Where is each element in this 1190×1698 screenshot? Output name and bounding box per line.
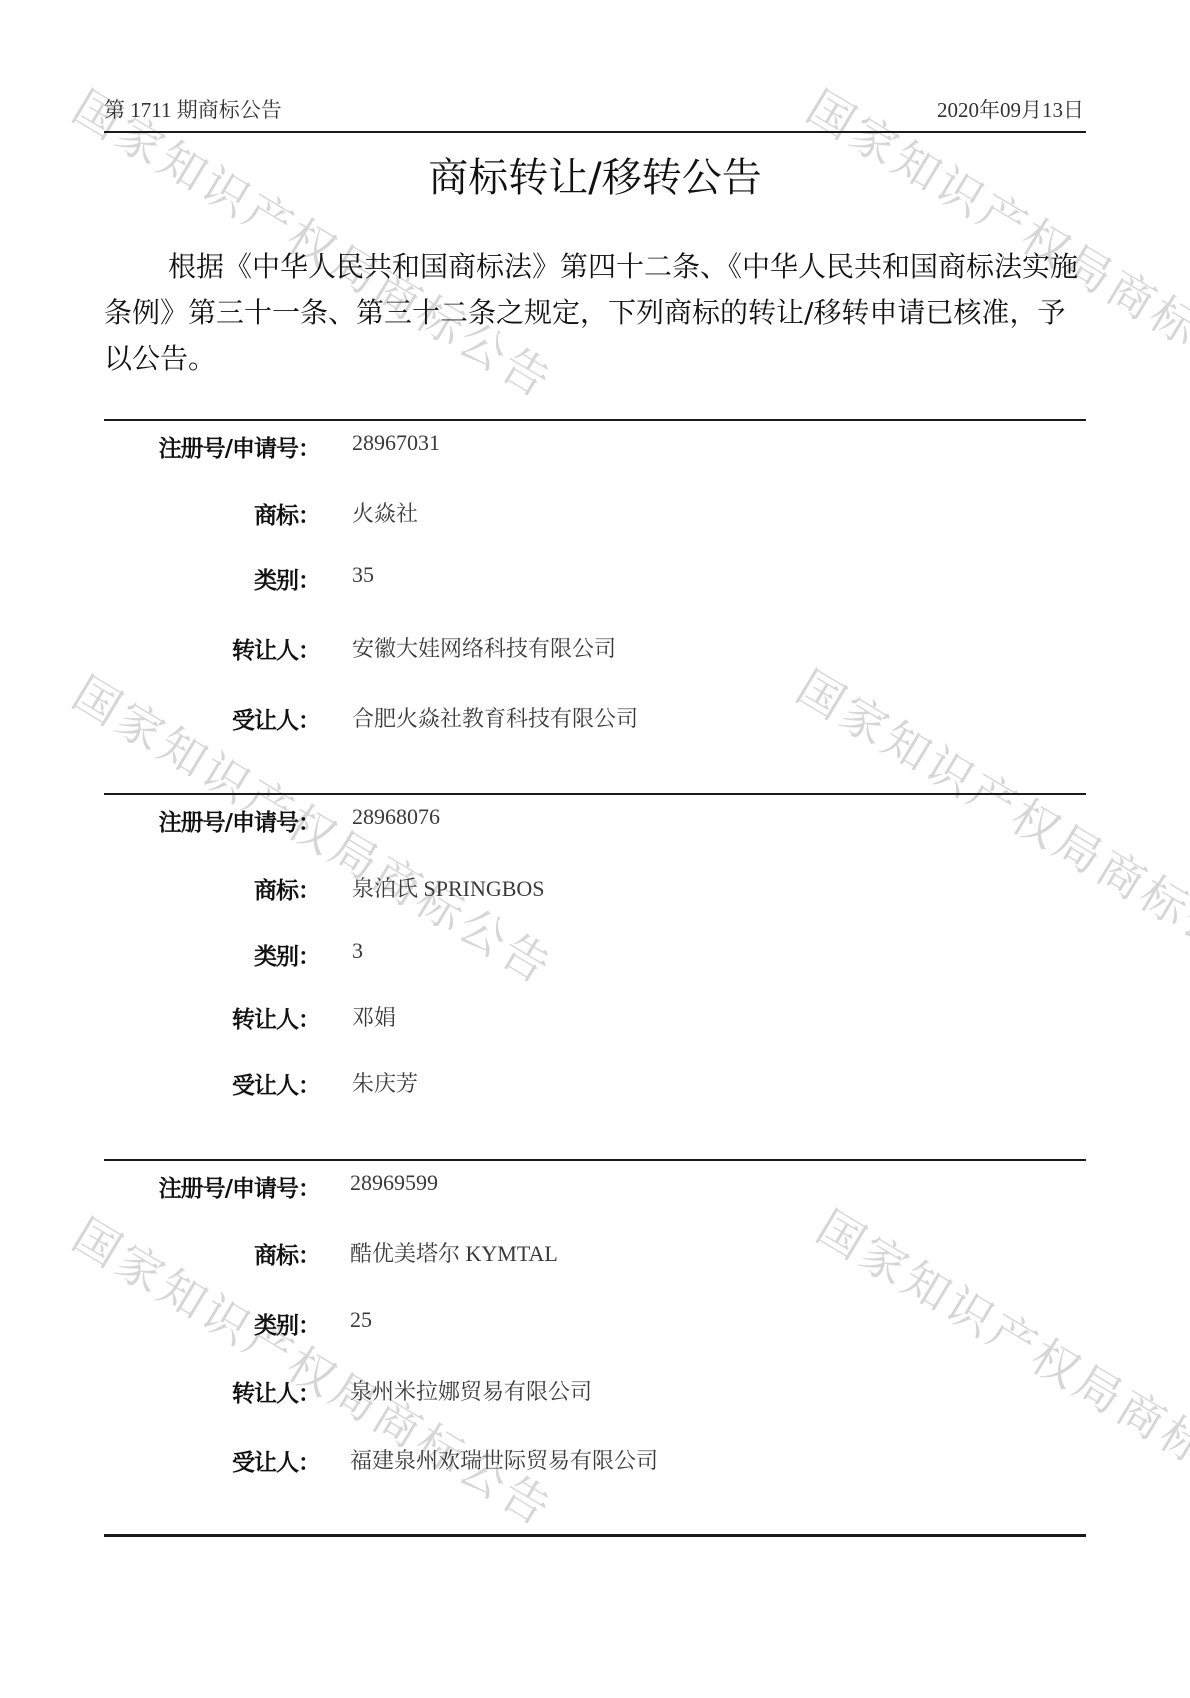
trademark-label: 商标： [254,497,320,530]
trademark-value: 火焱社 [352,497,418,528]
field-trademark: 商标： 泉泊氏 SPRINGBOS [0,872,1190,908]
trademark-label: 商标： [254,1237,320,1270]
transferee-label: 受让人： [232,1067,320,1100]
class-label: 类别： [254,938,320,971]
class-label: 类别： [254,562,320,595]
transferee-value: 合肥火焱社教育科技有限公司 [352,702,638,733]
field-reg-no: 注册号/申请号： 28967031 [0,430,1190,466]
reg-no-value: 28968076 [352,804,440,830]
field-transferee: 受让人： 朱庆芳 [0,1067,1190,1103]
transferee-label: 受让人： [232,1444,320,1477]
class-value: 35 [352,562,374,588]
issue-number: 第 1711 期商标公告 [104,94,282,124]
transferor-value: 安徽大娃网络科技有限公司 [352,632,616,663]
closing-divider [104,1534,1086,1537]
trademark-value: 酷优美塔尔 KYMTAL [350,1237,558,1268]
reg-no-label: 注册号/申请号： [159,1170,320,1203]
issue-date: 2020年09月13日 [937,94,1084,124]
class-label: 类别： [254,1307,320,1340]
record-divider [104,1159,1086,1161]
intro-paragraph: 根据《中华人民共和国商标法》第四十二条、《中华人民共和国商标法实施条例》第三十一… [104,244,1086,382]
transferee-label: 受让人： [232,702,320,735]
record-divider [104,793,1086,795]
reg-no-label: 注册号/申请号： [159,430,320,463]
transferor-value: 邓娟 [352,1001,396,1032]
transferor-label: 转让人： [232,1001,320,1034]
field-reg-no: 注册号/申请号： 28968076 [0,804,1190,840]
reg-no-value: 28967031 [352,430,440,456]
field-transferee: 受让人： 合肥火焱社教育科技有限公司 [0,702,1190,738]
transferor-label: 转让人： [232,1375,320,1408]
field-class: 类别： 3 [0,938,1190,974]
transferee-value: 朱庆芳 [352,1067,418,1098]
reg-no-label: 注册号/申请号： [159,804,320,837]
field-trademark: 商标： 酷优美塔尔 KYMTAL [0,1237,1190,1273]
field-trademark: 商标： 火焱社 [0,497,1190,533]
transferee-value: 福建泉州欢瑞世际贸易有限公司 [350,1444,658,1475]
class-value: 25 [350,1307,372,1333]
trademark-label: 商标： [254,872,320,905]
field-transferor: 转让人： 安徽大娃网络科技有限公司 [0,632,1190,668]
field-class: 类别： 35 [0,562,1190,598]
transferor-value: 泉州米拉娜贸易有限公司 [350,1375,592,1406]
trademark-value: 泉泊氏 SPRINGBOS [352,872,545,903]
field-transferor: 转让人： 邓娟 [0,1001,1190,1037]
class-value: 3 [352,938,363,964]
transferor-label: 转让人： [232,632,320,665]
header-divider [104,131,1086,133]
field-transferor: 转让人： 泉州米拉娜贸易有限公司 [0,1375,1190,1411]
reg-no-value: 28969599 [350,1170,438,1196]
field-transferee: 受让人： 福建泉州欢瑞世际贸易有限公司 [0,1444,1190,1480]
record-divider [104,419,1086,421]
field-reg-no: 注册号/申请号： 28969599 [0,1170,1190,1206]
field-class: 类别： 25 [0,1307,1190,1343]
page-title: 商标转让/移转公告 [0,146,1190,203]
